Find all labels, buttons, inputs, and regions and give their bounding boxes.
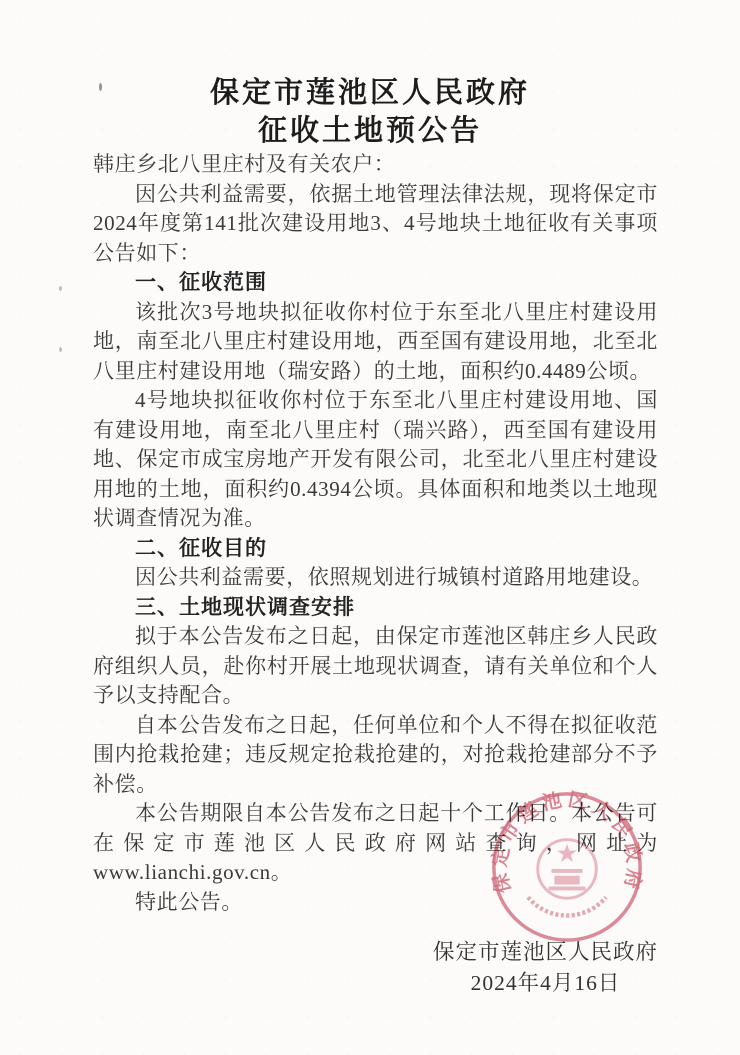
paragraph-plot3: 该批次3号地块拟征收你村位于东至北八里庄村建设用地，南至北八里庄村建设用地，西至… <box>93 298 658 387</box>
paragraph-purpose: 因公共利益需要，依照规划进行城镇村道路用地建设。 <box>93 563 658 593</box>
paragraph-duration-website: 本公告期限自本公告发布之日起十个工作日。本公告可在保定市莲池区人民政府网站查询，… <box>93 799 658 888</box>
issue-date: 2024年4月16日 <box>433 968 658 999</box>
paragraph-plot4: 4号地块拟征收你村位于东至北八里庄村建设用地、国有建设用地，南至北八里庄村（瑞兴… <box>93 386 658 534</box>
scanned-announcement-page: 保定市莲池区人民政府 征收土地预公告 韩庄乡北八里庄村及有关农户： 因公共利益需… <box>0 0 740 1055</box>
paragraph-intro: 因公共利益需要，依据土地管理法律法规，现将保定市2024年度第141批次建设用地… <box>93 180 658 269</box>
scan-noise-speck <box>59 347 62 352</box>
signature-block: 保定市莲池区人民政府 2024年4月16日 <box>0 937 740 999</box>
announcement-body: 韩庄乡北八里庄村及有关农户： 因公共利益需要，依据土地管理法律法规，现将保定市2… <box>0 150 740 917</box>
title-line-issuer: 保定市莲池区人民政府 <box>0 74 740 112</box>
scan-noise-speck <box>99 83 102 91</box>
paragraph-survey: 拟于本公告发布之日起，由保定市莲池区韩庄乡人民政府组织人员，赴你村开展土地现状调… <box>93 622 658 711</box>
announcement-title: 保定市莲池区人民政府 征收土地预公告 <box>0 0 740 150</box>
salutation: 韩庄乡北八里庄村及有关农户： <box>93 150 658 180</box>
section-heading-2: 二、征收目的 <box>93 534 658 564</box>
section-heading-1: 一、征收范围 <box>93 268 658 298</box>
paragraph-prohibition: 自本公告发布之日起，任何单位和个人不得在拟征收范围内抢栽抢建；违反规定抢栽抢建的… <box>93 711 658 800</box>
issuer-name: 保定市莲池区人民政府 <box>433 937 658 968</box>
paragraph-closing: 特此公告。 <box>93 888 658 918</box>
section-heading-3: 三、土地现状调查安排 <box>93 593 658 623</box>
scan-noise-speck <box>59 286 62 291</box>
title-line-subject: 征收土地预公告 <box>0 112 740 150</box>
